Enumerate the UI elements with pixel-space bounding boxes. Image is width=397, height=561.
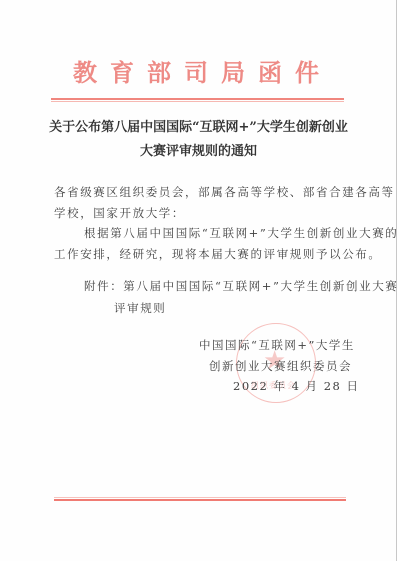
- document-page: 教育部司局函件 关于公布第八届中国国际“互联网+”大学生创新创业 大赛评审规则的…: [0, 0, 397, 561]
- letterhead-title: 教育部司局函件: [0, 58, 397, 88]
- attachment-line-2: 评审规则: [114, 300, 166, 316]
- body-line-1: 根据第八届中国国际“互联网+”大学生创新创业大赛的: [84, 225, 397, 241]
- body-line-2: 工作安排，经研究，现将本届大赛的评审规则予以公布。: [54, 246, 382, 262]
- divider-thick-line: [54, 499, 346, 501]
- salutation-line-1: 各省级赛区组织委员会，部属各高等学校、部省合建各高等: [54, 184, 395, 200]
- salutation-line-2: 学校，国家开放大学：: [54, 205, 185, 221]
- divider-thin-line: [51, 101, 344, 102]
- signature-date: 2022 年 4 月 28 日: [233, 378, 360, 394]
- signature-organization-line-1: 中国国际“互联网+”大学生: [199, 337, 355, 353]
- footer-divider: [54, 497, 346, 501]
- document-title-line-2: 大赛评审规则的通知: [0, 140, 397, 164]
- letterhead-divider-top: [51, 98, 344, 102]
- document-title-line-1: 关于公布第八届中国国际“互联网+”大学生创新创业: [0, 116, 397, 140]
- signature-organization-line-2: 创新创业大赛组织委员会: [209, 358, 352, 374]
- attachment-line-1: 附件：第八届中国国际“互联网+”大学生创新创业大赛: [84, 278, 397, 294]
